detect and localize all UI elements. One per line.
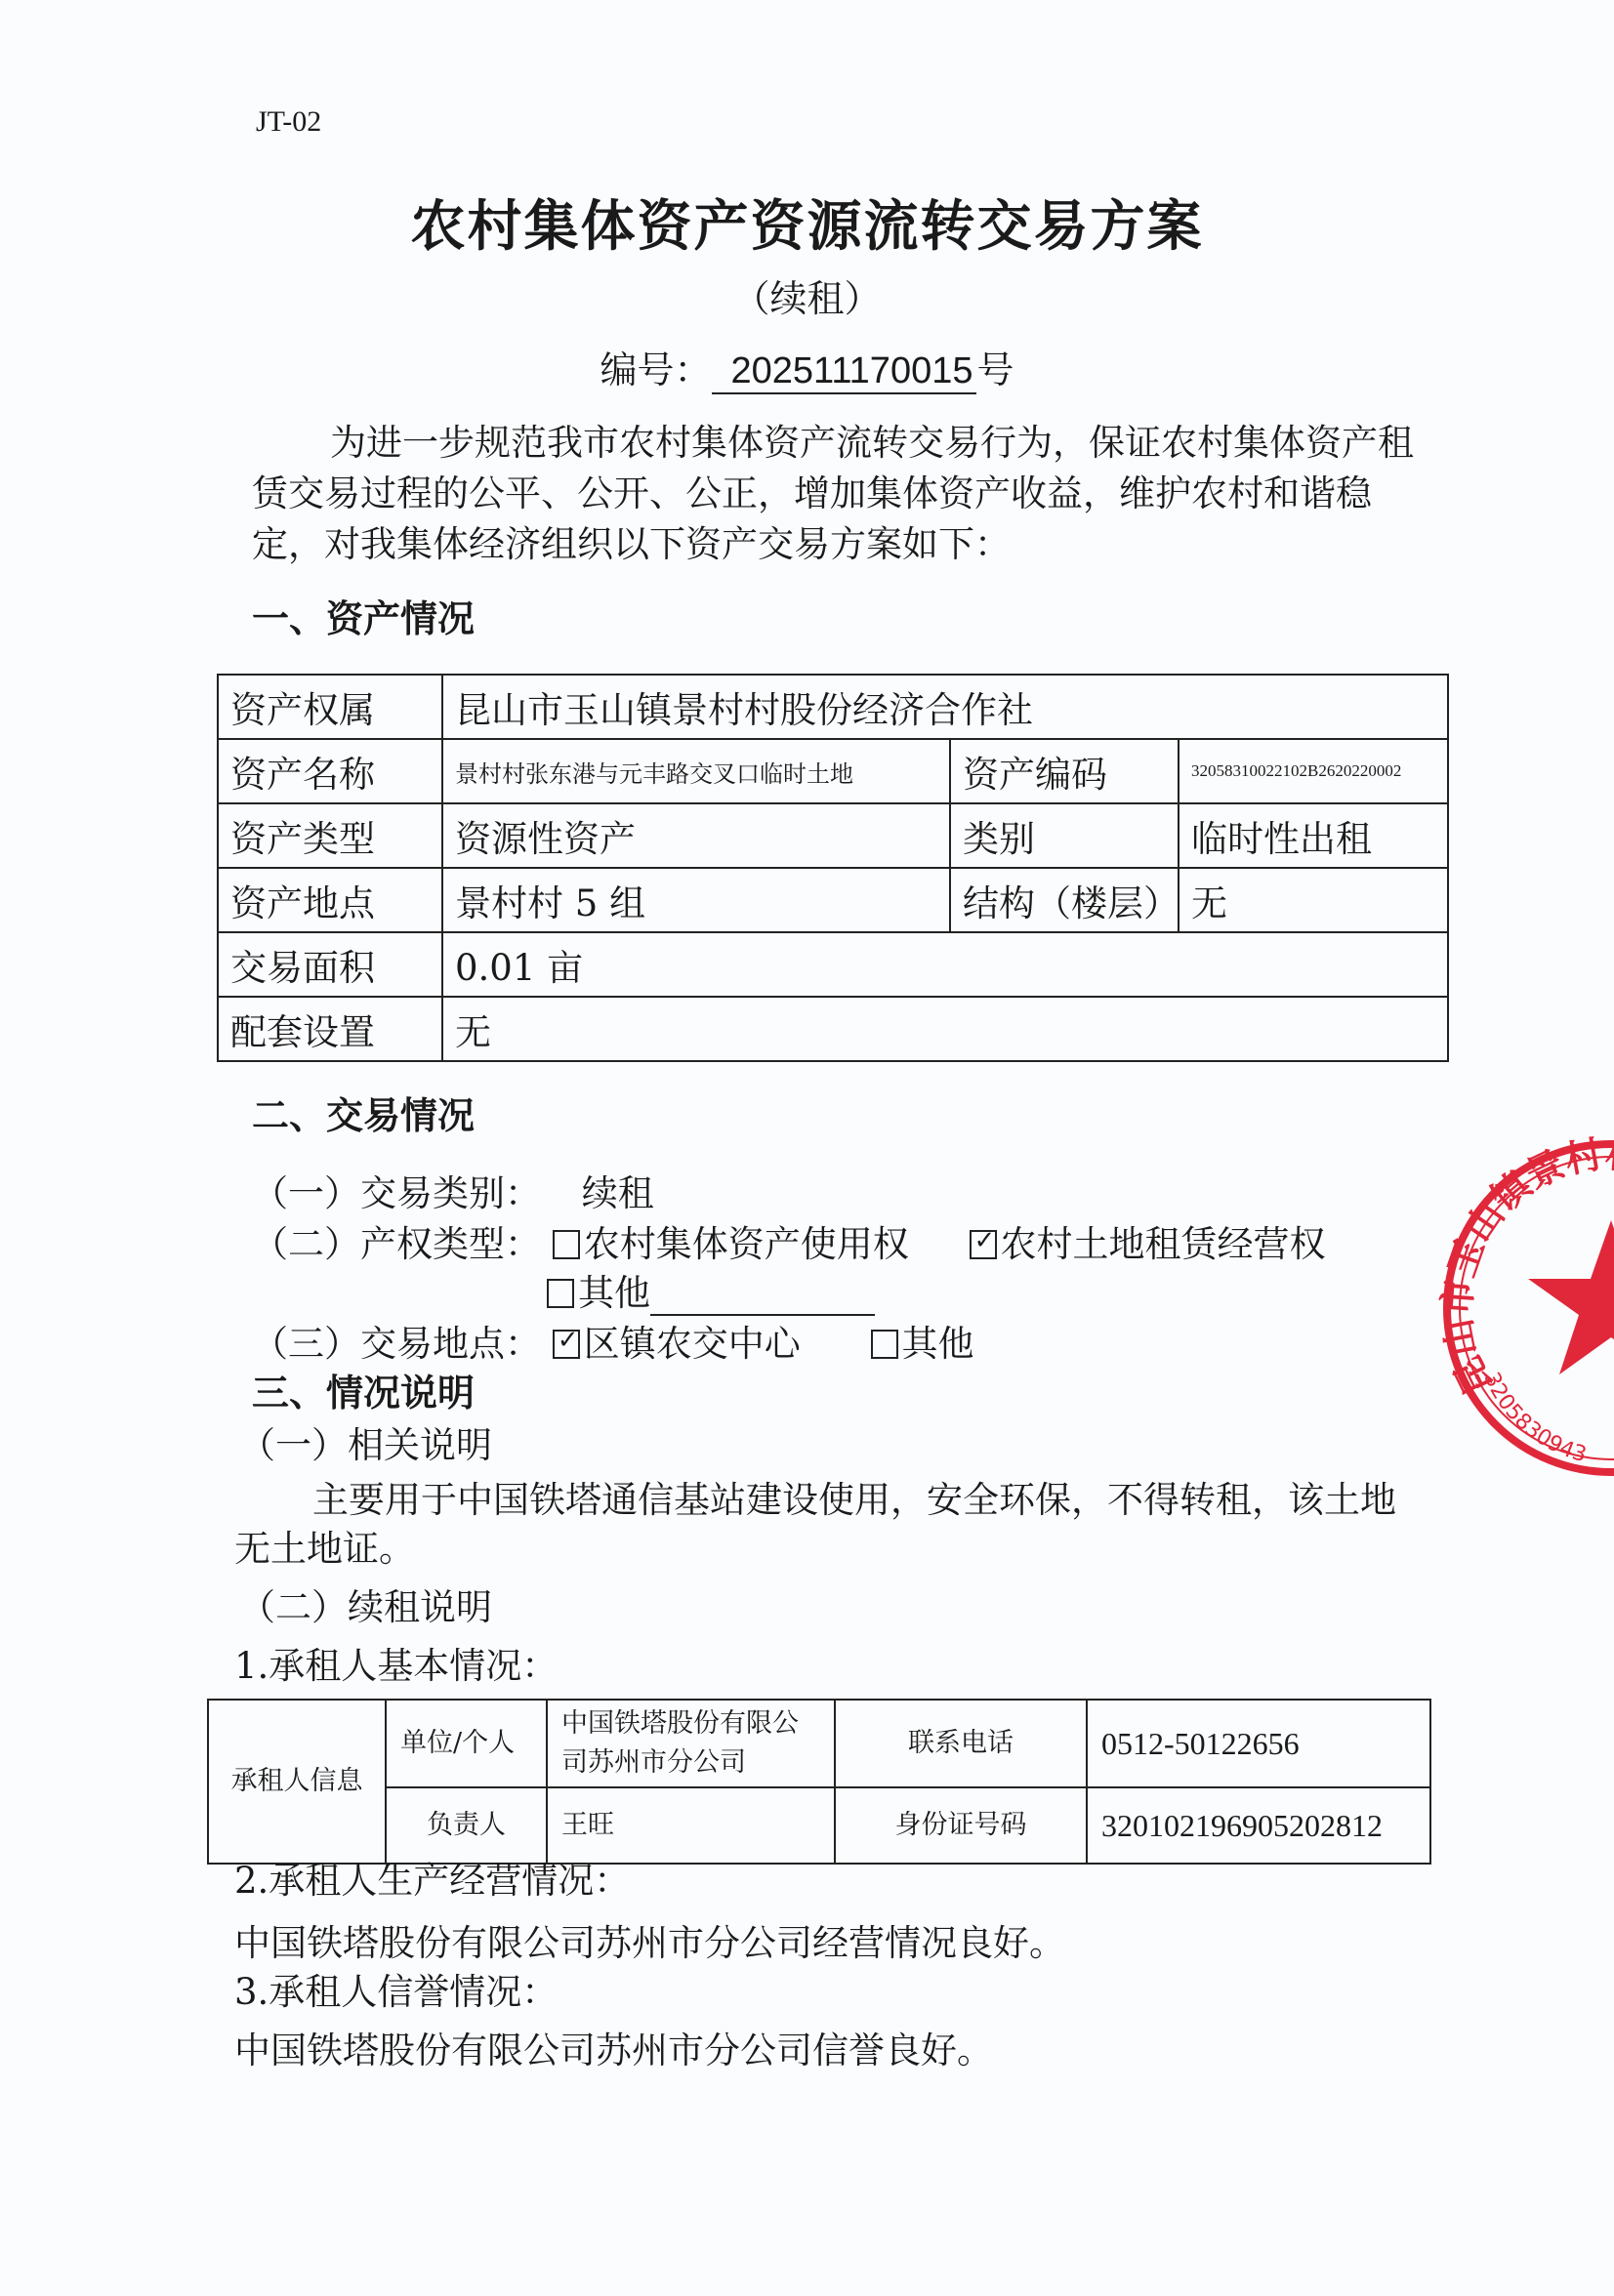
- asset-location-value: 景村村 5 组: [442, 868, 950, 932]
- table-row: 交易面积 0.01 亩: [218, 932, 1448, 997]
- trade-type-line: （一）交易类别： 续租: [252, 1164, 654, 1216]
- option-property-other: 其他: [578, 1272, 650, 1314]
- lessee-group-label: 承租人信息: [208, 1700, 386, 1864]
- option-collective-asset-use: 农村集体资产使用权: [584, 1223, 909, 1265]
- property-type-line: （二）产权类型： 农村集体资产使用权 农村土地租赁经营权: [252, 1214, 1326, 1267]
- phone-label: 联系电话: [835, 1700, 1087, 1787]
- property-type-other-line: 其他: [547, 1263, 875, 1316]
- asset-name-value: 景村村张东港与元丰路交叉口临时土地: [442, 739, 950, 803]
- serial-suffix: 号: [976, 348, 1014, 391]
- section-heading-assets: 一、资产情况: [252, 589, 475, 642]
- sub-heading-related: （一）相关说明: [239, 1415, 492, 1468]
- intro-paragraph: 为进一步规范我市农村集体资产流转交易行为，保证农村集体资产租赁交易过程的公平、公…: [252, 418, 1433, 570]
- trade-location-line: （三）交易地点： 区镇农交中心 其他: [252, 1314, 974, 1367]
- lessee-operation-heading: 2.承租人生产经营情况：: [234, 1851, 630, 1904]
- asset-type-label: 资产类型: [218, 803, 442, 868]
- asset-owner-label: 资产权属: [218, 675, 442, 739]
- serial-number-line: 编号：202511170015号: [0, 340, 1614, 394]
- property-type-label: （二）产权类型：: [252, 1223, 541, 1265]
- unit-label: 单位/个人: [386, 1700, 547, 1787]
- table-row: 资产名称 景村村张东港与元丰路交叉口临时土地 资产编码 320583100221…: [218, 739, 1448, 803]
- asset-owner-value: 昆山市玉山镇景村村股份经济合作社: [442, 675, 1448, 739]
- option-location-other: 其他: [902, 1323, 974, 1365]
- lessee-credit-text: 中国铁塔股份有限公司苏州市分公司信誉良好。: [234, 2021, 993, 2073]
- option-town-center: 区镇农交中心: [584, 1323, 801, 1365]
- form-code: JT-02: [256, 105, 321, 139]
- asset-code-label: 资产编码: [950, 739, 1179, 803]
- asset-code-value: 32058310022102B2620220002: [1179, 739, 1448, 803]
- asset-name-label: 资产名称: [218, 739, 442, 803]
- option-land-lease-right: 农村土地租赁经营权: [1001, 1223, 1326, 1265]
- sub-heading-renewal: （二）续租说明: [239, 1578, 492, 1630]
- lessee-basic-heading: 1.承租人基本情况：: [234, 1636, 558, 1689]
- category-value: 临时性出租: [1179, 803, 1448, 868]
- id-value: 320102196905202812: [1087, 1787, 1430, 1864]
- section-heading-trade: 二、交易情况: [252, 1086, 475, 1139]
- document-title: 农村集体资产资源流转交易方案: [0, 184, 1614, 262]
- lessee-table: 承租人信息 单位/个人 中国铁塔股份有限公司苏州市分公司 联系电话 0512-5…: [207, 1699, 1431, 1865]
- facilities-label: 配套设置: [218, 997, 442, 1061]
- structure-value: 无: [1179, 868, 1448, 932]
- table-row: 资产地点 景村村 5 组 结构（楼层） 无: [218, 868, 1448, 932]
- structure-label: 结构（楼层）: [950, 868, 1179, 932]
- facilities-value: 无: [442, 997, 1448, 1061]
- other-blank-field[interactable]: [650, 1281, 875, 1316]
- table-row: 配套设置 无: [218, 997, 1448, 1061]
- trade-area-value: 0.01 亩: [442, 932, 1448, 997]
- asset-table: 资产权属 昆山市玉山镇景村村股份经济合作社 资产名称 景村村张东港与元丰路交叉口…: [217, 674, 1449, 1062]
- phone-value: 0512-50122656: [1087, 1700, 1430, 1787]
- asset-type-value: 资源性资产: [442, 803, 950, 868]
- checkbox-collective-asset-use[interactable]: [553, 1230, 580, 1259]
- document-subtitle: （续租）: [0, 268, 1614, 322]
- checkbox-town-center[interactable]: [553, 1330, 580, 1359]
- trade-type-label: （一）交易类别：: [252, 1172, 541, 1214]
- trade-type-value: 续租: [582, 1172, 654, 1214]
- trade-area-label: 交易面积: [218, 932, 442, 997]
- trade-location-label: （三）交易地点：: [252, 1323, 541, 1365]
- table-row: 资产类型 资源性资产 类别 临时性出租: [218, 803, 1448, 868]
- related-notes-text: 主要用于中国铁塔通信基站建设使用，安全环保，不得转租，该土地无土地证。: [234, 1476, 1426, 1574]
- table-row: 承租人信息 单位/个人 中国铁塔股份有限公司苏州市分公司 联系电话 0512-5…: [208, 1700, 1430, 1787]
- serial-number: 202511170015: [712, 350, 977, 394]
- unit-value: 中国铁塔股份有限公司苏州市分公司: [547, 1700, 835, 1787]
- lessee-operation-text: 中国铁塔股份有限公司苏州市分公司经营情况良好。: [234, 1913, 1065, 1966]
- category-label: 类别: [950, 803, 1179, 868]
- checkbox-property-other[interactable]: [547, 1279, 574, 1308]
- id-label: 身份证号码: [835, 1787, 1087, 1864]
- table-row: 资产权属 昆山市玉山镇景村村股份经济合作社: [218, 675, 1448, 739]
- official-seal-icon: 昆山市玉山镇景村村 3205830943: [1435, 1132, 1614, 1484]
- section-heading-notes: 三、情况说明: [252, 1363, 475, 1416]
- lessee-credit-heading: 3.承租人信誉情况：: [234, 1962, 558, 2015]
- checkbox-land-lease-right[interactable]: [970, 1230, 997, 1259]
- checkbox-location-other[interactable]: [871, 1330, 898, 1359]
- serial-label: 编号：: [600, 348, 712, 391]
- asset-location-label: 资产地点: [218, 868, 442, 932]
